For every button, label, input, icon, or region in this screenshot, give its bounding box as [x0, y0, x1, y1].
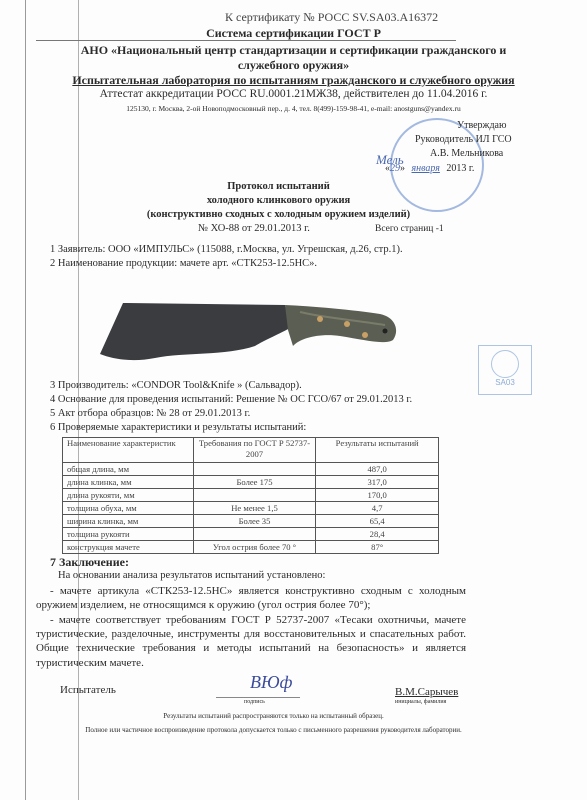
cell: 65,4 — [316, 515, 439, 528]
table-row: толщина рукояти28,4 — [63, 528, 439, 541]
cell: 28,4 — [316, 528, 439, 541]
name-caption: инициалы, фамилия — [395, 699, 446, 705]
cell: Более 35 — [193, 515, 316, 528]
cell: общая длина, мм — [63, 463, 194, 476]
table-row: длина рукояти, мм170,0 — [63, 489, 439, 502]
scan-edge-line — [25, 0, 26, 800]
cell: Не менее 1,5 — [193, 502, 316, 515]
approval-label: Утверждаю — [457, 120, 506, 131]
test-results-table: Наименование характеристик Требования по… — [62, 437, 439, 554]
protocol-title: Протокол испытаний — [0, 181, 587, 192]
protocol-subtitle: холодного клинкового оружия — [0, 195, 587, 206]
column-header: Наименование характеристик — [63, 438, 194, 463]
org-name-line1: АНО «Национальный центр стандартизации и… — [0, 43, 587, 58]
tester-signature-icon: ВЮф — [250, 672, 292, 693]
table-row: конструкция мачетеУгол острия более 70 °… — [63, 541, 439, 554]
approval-name: А.В. Мельникова — [430, 148, 503, 159]
cell: длина клинка, мм — [63, 476, 194, 489]
cell: толщина обуха, мм — [63, 502, 194, 515]
table-row: толщина обуха, ммНе менее 1,54,7 — [63, 502, 439, 515]
footer-note-2: Полное или частичное воспроизведение про… — [0, 726, 587, 734]
table-row: общая длина, мм487,0 — [63, 463, 439, 476]
cell: 4,7 — [316, 502, 439, 515]
cell: 170,0 — [316, 489, 439, 502]
cell: Более 175 — [193, 476, 316, 489]
signature-line — [216, 697, 300, 698]
manufacturer: 3 Производитель: «CONDOR Tool&Knife » (С… — [50, 380, 302, 391]
column-header: Результаты испытаний — [316, 438, 439, 463]
divider — [36, 40, 456, 41]
footer-note-1: Результаты испытаний распространяются то… — [0, 712, 587, 720]
product-name: 2 Наименование продукции: мачете арт. «С… — [50, 258, 317, 269]
approval-date: «29» января 2013 г. — [385, 163, 474, 174]
cell: 87° — [316, 541, 439, 554]
table-row: длина клинка, ммБолее 175317,0 — [63, 476, 439, 489]
table-row: ширина клинка, ммБолее 3565,4 — [63, 515, 439, 528]
cell: 487,0 — [316, 463, 439, 476]
cell — [193, 528, 316, 541]
checked-characteristics: 6 Проверяемые характеристики и результат… — [50, 422, 306, 433]
lab-address: 125130, г. Москва, 2-ой Новоподмосковный… — [0, 104, 587, 113]
cell: Угол острия более 70 ° — [193, 541, 316, 554]
conclusion-heading: 7 Заключение: — [50, 555, 129, 570]
cell: ширина клинка, мм — [63, 515, 194, 528]
cell — [193, 463, 316, 476]
page-count: Всего страниц -1 — [375, 224, 444, 234]
conclusion-point-1: - мачете артикула «СТК253-12.5НС» являет… — [36, 584, 466, 612]
table-header-row: Наименование характеристик Требования по… — [63, 438, 439, 463]
cell — [193, 489, 316, 502]
certification-system: Система сертификации ГОСТ Р — [0, 26, 587, 41]
cell: толщина рукояти — [63, 528, 194, 541]
signature-caption: подпись — [244, 699, 265, 705]
lab-name: Испытательная лаборатория по испытаниям … — [0, 73, 587, 88]
org-name-line2: служебного оружия» — [0, 58, 587, 73]
conclusion-intro: На основании анализа результатов испытан… — [58, 570, 325, 581]
conclusion-point-2: - мачете соответствует требованиям ГОСТ … — [36, 613, 466, 670]
cell: длина рукояти, мм — [63, 489, 194, 502]
protocol-number: № ХО-88 от 29.01.2013 г. — [198, 223, 310, 234]
accreditation: Аттестат аккредитации РОСС RU.0001.21МЖ3… — [0, 88, 587, 100]
machete-photo — [95, 300, 405, 375]
tester-role: Испытатель — [60, 684, 116, 696]
cell: конструкция мачете — [63, 541, 194, 554]
protocol-subtitle-2: (конструктивно сходных с холодным оружие… — [0, 209, 587, 220]
approval-position: Руководитель ИЛ ГСО — [415, 134, 512, 145]
sampling-act: 5 Акт отбора образцов: № 28 от 29.01.201… — [50, 408, 250, 419]
certificate-reference: К сертификату № РОСС SV.SA03.A16372 — [225, 10, 438, 25]
applicant: 1 Заявитель: ООО «ИМПУЛЬС» (115088, г.Мо… — [50, 244, 403, 255]
cell: 317,0 — [316, 476, 439, 489]
column-header: Требования по ГОСТ Р 52737-2007 — [193, 438, 316, 463]
test-basis: 4 Основание для проведения испытаний: Ре… — [50, 394, 412, 405]
sa03-stamp: SA03 — [478, 345, 532, 395]
tester-name: В.М.Сарычев — [395, 686, 458, 698]
